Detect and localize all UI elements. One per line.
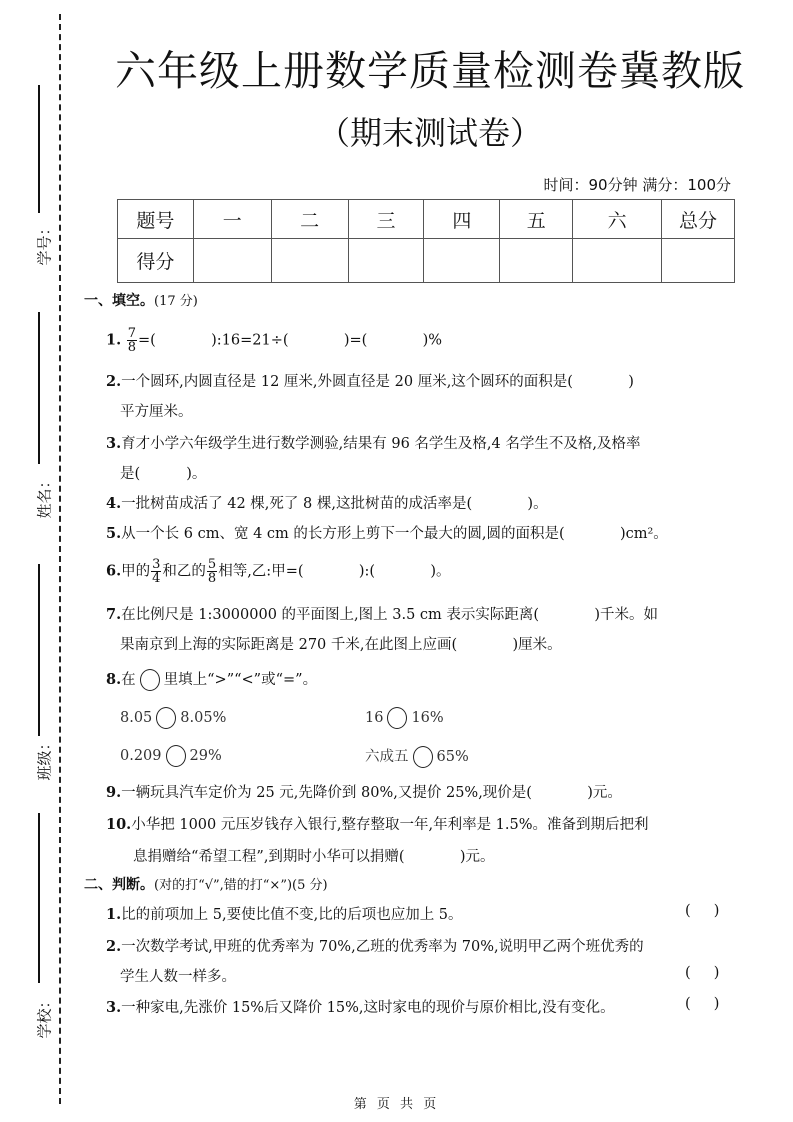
section-fill-in-heading: 一、填空。(17 分) <box>84 290 198 310</box>
school-field[interactable]: 学校： <box>22 813 52 1043</box>
school-underline <box>38 813 40 983</box>
question-text: 相等,乙:甲=( ):( )。 <box>218 564 450 580</box>
section-judge-heading: 二、判断。(对的打“√”,错的打“×”)(5 分) <box>84 874 328 894</box>
page-title: 六年级上册数学质量检测卷冀教版 <box>100 38 760 97</box>
class-label: 班级： <box>34 741 55 781</box>
fraction: 78 <box>127 327 137 354</box>
question-text: 一种家电,先涨价 15%后又降价 15%,这时家电的现价与原价相比,没有变化。 <box>121 1000 615 1016</box>
question-text: 一批树苗成活了 42 棵,死了 8 棵,这批树苗的成活率是( )。 <box>121 496 547 512</box>
question-text: 一次数学考试,甲班的优秀率为 70%,乙班的优秀率为 70%,说明甲乙两个班优秀… <box>121 939 644 955</box>
name-underline <box>38 312 40 464</box>
question-text: 小华把 1000 元压岁钱存入银行,整存整取一年,年利率是 1.5%。准备到期后… <box>131 817 648 833</box>
question-text: 从一个长 6 cm、宽 4 cm 的长方形上剪下一个最大的圆,圆的面积是( )c… <box>121 526 668 542</box>
score-cell[interactable] <box>348 239 424 283</box>
score-header-cell: 三 <box>348 200 424 239</box>
question-text: 育才小学六年级学生进行数学测验,结果有 96 名学生及格,4 名学生不及格,及格… <box>121 436 640 452</box>
comparison-item: 8.058.05% <box>120 707 226 729</box>
class-underline <box>38 564 40 736</box>
question-2-1: 1.比的前项加上 5,要使比值不变,比的后项也应加上 5。 <box>106 903 463 924</box>
score-header-cell: 题号 <box>118 200 194 239</box>
question-1-8: 8.在里填上“>”“<”或“=”。 <box>106 668 317 691</box>
section-points: (对的打“√”,错的打“×”)(5 分) <box>154 878 328 893</box>
answer-circle[interactable] <box>387 707 407 729</box>
score-cell[interactable] <box>193 239 271 283</box>
student-id-field[interactable]: 学号： <box>22 85 52 275</box>
score-header-cell: 五 <box>500 200 573 239</box>
question-text: 一个圆环,内圆直径是 12 厘米,外圆直径是 20 厘米,这个圆环的面积是( ) <box>121 374 634 390</box>
score-header-cell: 总分 <box>662 200 735 239</box>
question-text: 一辆玩具汽车定价为 25 元,先降价到 80%,又提价 25%,现价是( )元。 <box>121 785 622 801</box>
question-1-6: 6.甲的34和乙的58相等,乙:甲=( ):( )。 <box>106 558 450 585</box>
judge-answer-box[interactable]: ( ) <box>685 965 719 981</box>
question-number: 1. <box>106 332 121 349</box>
answer-circle[interactable] <box>413 746 433 768</box>
comparison-item: 1616% <box>365 707 444 729</box>
comparison-item: 六成五65% <box>365 745 469 768</box>
score-cell[interactable] <box>573 239 662 283</box>
question-text: 比的前项加上 5,要使比值不变,比的后项也应加上 5。 <box>121 907 462 923</box>
judge-answer-box[interactable]: ( ) <box>685 903 719 919</box>
section-points: (17 分) <box>154 294 198 309</box>
question-1-2-cont: 平方厘米。 <box>120 400 193 421</box>
page-subtitle: （期末测试卷） <box>100 108 760 154</box>
answer-circle[interactable] <box>166 745 186 767</box>
question-2-3: 3.一种家电,先涨价 15%后又降价 15%,这时家电的现价与原价相比,没有变化… <box>106 996 615 1017</box>
score-header-cell: 六 <box>573 200 662 239</box>
question-1-1: 1. 78=( ):16=21÷( )=( )% <box>106 327 442 354</box>
student-id-label: 学号： <box>34 226 55 266</box>
score-table-header-row: 题号 一 二 三 四 五 六 总分 <box>118 200 735 239</box>
question-1-7-cont: 果南京到上海的实际距离是 270 千米,在此图上应画( )厘米。 <box>120 633 562 654</box>
score-table-score-row: 得分 <box>118 239 735 283</box>
score-row-label: 得分 <box>118 239 194 283</box>
question-text: =( ):16=21÷( )=( )% <box>138 333 442 349</box>
circle-icon <box>140 669 160 691</box>
score-header-cell: 二 <box>271 200 348 239</box>
question-1-10-cont: 息捐赠给“希望工程”,到期时小华可以捐赠( )元。 <box>133 845 495 866</box>
question-text: 在比例尺是 1:3000000 的平面图上,图上 3.5 cm 表示实际距离( … <box>121 607 658 623</box>
question-2-2: 2.一次数学考试,甲班的优秀率为 70%,乙班的优秀率为 70%,说明甲乙两个班… <box>106 935 644 956</box>
score-cell[interactable] <box>662 239 735 283</box>
exam-meta: 时间：90分钟 满分：100分 <box>544 174 732 195</box>
question-1-3: 3.育才小学六年级学生进行数学测验,结果有 96 名学生及格,4 名学生不及格,… <box>106 432 640 453</box>
binding-cut-line <box>59 14 61 1104</box>
answer-circle[interactable] <box>156 707 176 729</box>
question-1-2: 2.一个圆环,内圆直径是 12 厘米,外圆直径是 20 厘米,这个圆环的面积是(… <box>106 370 634 391</box>
fraction: 58 <box>207 558 217 585</box>
score-header-cell: 四 <box>424 200 500 239</box>
judge-answer-box[interactable]: ( ) <box>685 996 719 1012</box>
student-id-underline <box>38 85 40 213</box>
comparison-item: 0.20929% <box>120 745 222 767</box>
question-1-5: 5.从一个长 6 cm、宽 4 cm 的长方形上剪下一个最大的圆,圆的面积是( … <box>106 522 668 543</box>
question-1-3-cont: 是( )。 <box>120 462 206 483</box>
class-field[interactable]: 班级： <box>22 560 52 770</box>
page-footer: 第 页 共 页 <box>0 1093 793 1112</box>
score-table: 题号 一 二 三 四 五 六 总分 得分 <box>117 199 735 283</box>
score-cell[interactable] <box>500 239 573 283</box>
question-1-7: 7.在比例尺是 1:3000000 的平面图上,图上 3.5 cm 表示实际距离… <box>106 603 658 624</box>
section-title: 一、填空。 <box>84 293 154 309</box>
score-cell[interactable] <box>271 239 348 283</box>
fraction: 34 <box>151 558 161 585</box>
question-1-9: 9.一辆玩具汽车定价为 25 元,先降价到 80%,又提价 25%,现价是( )… <box>106 781 622 802</box>
question-text: 里填上“>”“<”或“=”。 <box>164 672 317 688</box>
section-title: 二、判断。 <box>84 877 154 893</box>
question-1-10: 10.小华把 1000 元压岁钱存入银行,整存整取一年,年利率是 1.5%。准备… <box>106 813 649 834</box>
question-2-2-cont: 学生人数一样多。 <box>120 965 236 986</box>
name-label: 姓名： <box>34 479 55 519</box>
name-field[interactable]: 姓名： <box>22 310 52 520</box>
school-label: 学校： <box>34 999 55 1039</box>
score-cell[interactable] <box>424 239 500 283</box>
question-1-4: 4.一批树苗成活了 42 棵,死了 8 棵,这批树苗的成活率是( )。 <box>106 492 548 513</box>
score-header-cell: 一 <box>193 200 271 239</box>
